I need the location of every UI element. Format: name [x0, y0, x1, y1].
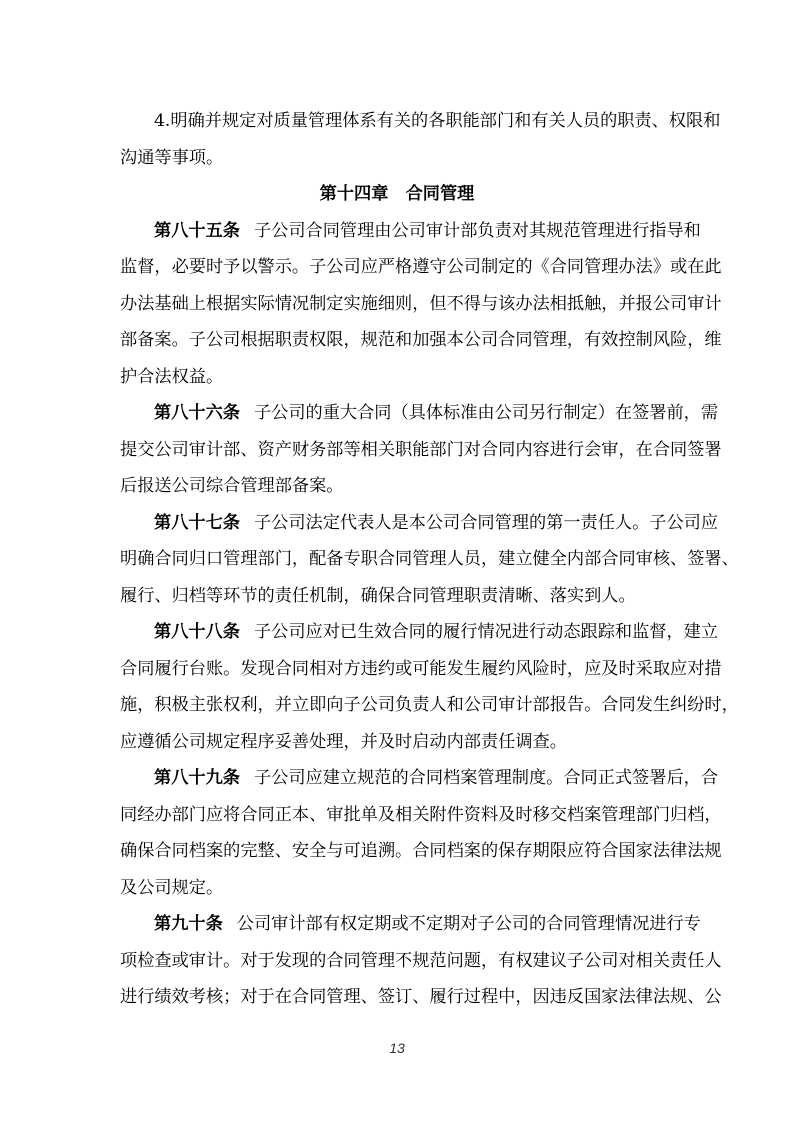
article-number: 第八十七条 [154, 513, 240, 533]
paragraph-line: 后报送公司综合管理部备案。 [120, 468, 674, 505]
article-number: 第八十五条 [154, 221, 240, 241]
article-text: 子公司合同管理由公司审计部负责对其规范管理进行指导和 [254, 221, 701, 241]
paragraph-line: 项检查或审计。对于发现的合同管理不规范问题，有权建议子公司对相关责任人 [120, 943, 674, 980]
article-number: 第八十八条 [154, 622, 240, 642]
paragraph-line: 应遵循公司规定程序妥善处理，并及时启动内部责任调查。 [120, 724, 674, 761]
article-first-line: 第八十七条子公司法定代表人是本公司合同管理的第一责任人。子公司应 [120, 505, 674, 542]
paragraph-line: 沟通等事项。 [120, 140, 674, 177]
article-text: 子公司应建立规范的合同档案管理制度。合同正式签署后，合 [254, 768, 718, 788]
paragraph-line: 同经办部门应将合同正本、审批单及相关附件资料及时移交档案管理部门归档， [120, 797, 674, 834]
paragraph-line: 4.明确并规定对质量管理体系有关的各职能部门和有关人员的职责、权限和 [120, 103, 674, 140]
article-first-line: 第八十六条子公司的重大合同（具体标准由公司另行制定）在签署前，需 [120, 395, 674, 432]
paragraph-line: 提交公司审计部、资产财务部等相关职能部门对合同内容进行会审，在合同签署 [120, 432, 674, 469]
article-first-line: 第八十五条子公司合同管理由公司审计部负责对其规范管理进行指导和 [120, 213, 674, 250]
article-first-line: 第八十九条子公司应建立规范的合同档案管理制度。合同正式签署后，合 [120, 760, 674, 797]
article-text: 公司审计部有权定期或不定期对子公司的合同管理情况进行专 [237, 914, 701, 934]
paragraph-line: 监督，必要时予以警示。子公司应严格遵守公司制定的《合同管理办法》或在此 [120, 249, 674, 286]
paragraph-line: 办法基础上根据实际情况制定实施细则，但不得与该办法相抵触，并报公司审计 [120, 286, 674, 323]
article-first-line: 第八十八条子公司应对已生效合同的履行情况进行动态跟踪和监督，建立 [120, 614, 674, 651]
article-text: 子公司法定代表人是本公司合同管理的第一责任人。子公司应 [254, 513, 718, 533]
paragraph-line: 确保合同档案的完整、安全与可追溯。合同档案的保存期限应符合国家法律法规 [120, 833, 674, 870]
document-page: 4.明确并规定对质量管理体系有关的各职能部门和有关人员的职责、权限和 沟通等事项… [120, 103, 674, 1016]
paragraph-line: 合同履行台账。发现合同相对方违约或可能发生履约风险时，应及时采取应对措 [120, 651, 674, 688]
paragraph-line: 护合法权益。 [120, 359, 674, 396]
article-number: 第八十九条 [154, 768, 240, 788]
article-text: 子公司应对已生效合同的履行情况进行动态跟踪和监督，建立 [254, 622, 718, 642]
paragraph-line: 部备案。子公司根据职责权限，规范和加强本公司合同管理，有效控制风险，维 [120, 322, 674, 359]
article-first-line: 第九十条公司审计部有权定期或不定期对子公司的合同管理情况进行专 [120, 906, 674, 943]
paragraph-line: 施，积极主张权利，并立即向子公司负责人和公司审计部报告。合同发生纠纷时， [120, 687, 674, 724]
page-number: 13 [0, 1040, 794, 1056]
paragraph-line: 及公司规定。 [120, 870, 674, 907]
chapter-heading: 第十四章 合同管理 [120, 176, 674, 213]
paragraph-line: 履行、归档等环节的责任机制，确保合同管理职责清晰、落实到人。 [120, 578, 674, 615]
article-number: 第八十六条 [154, 403, 240, 423]
article-text: 子公司的重大合同（具体标准由公司另行制定）在签署前，需 [254, 403, 718, 423]
article-number: 第九十条 [154, 914, 223, 934]
paragraph-line: 明确合同归口管理部门，配备专职合同管理人员，建立健全内部合同审核、签署、 [120, 541, 674, 578]
paragraph-line: 进行绩效考核；对于在合同管理、签订、履行过程中，因违反国家法律法规、公 [120, 979, 674, 1016]
